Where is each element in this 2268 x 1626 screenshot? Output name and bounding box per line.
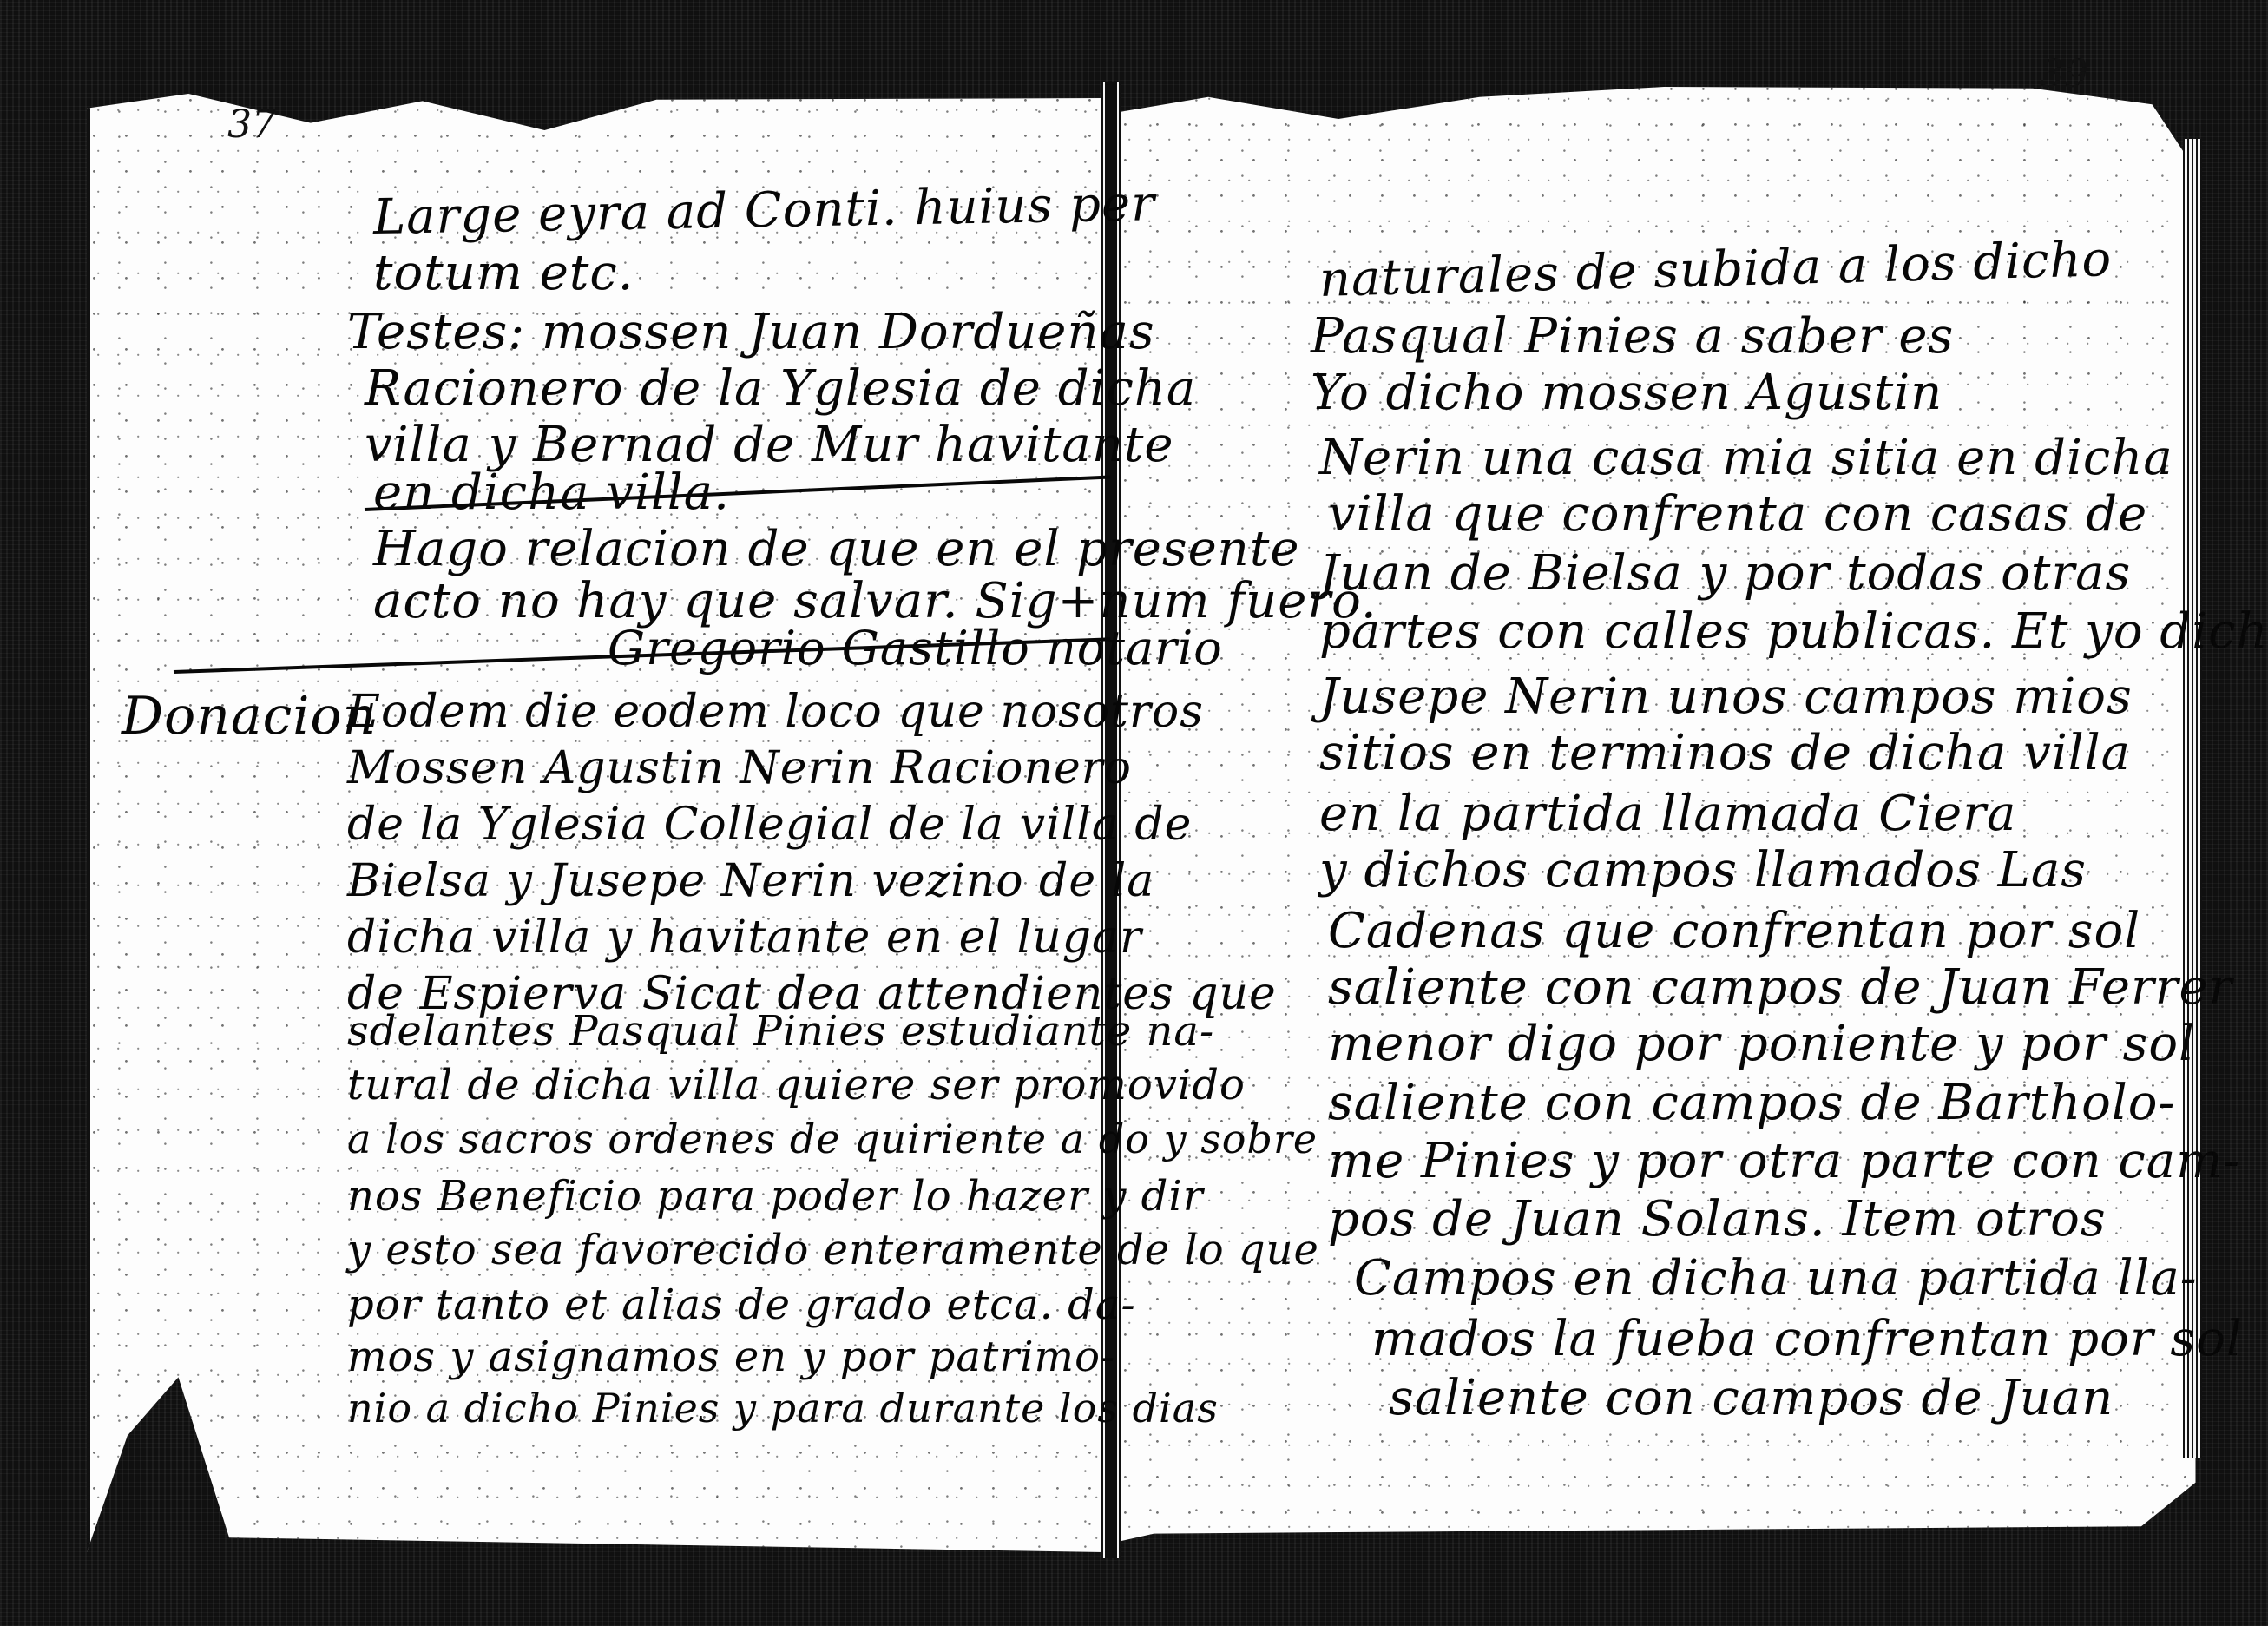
left-line: a los sacros ordenes de quiriente a do y… <box>347 1116 1318 1162</box>
right-line: saliente con campos de Bartholo- <box>1328 1075 2175 1131</box>
left-line: de la Yglesia Collegial de la villa de <box>347 799 1192 851</box>
right-line: villa que confrenta con casas de <box>1328 486 2147 543</box>
left-line: sdelantes Pasqual Pinies estudiante na- <box>347 1007 1214 1056</box>
left-page-number: 37 <box>227 102 276 147</box>
right-line: Nerin una casa mia sitia en dicha <box>1319 430 2173 486</box>
right-line: Cadenas que confrentan por sol <box>1328 903 2140 959</box>
notary-signature: Gregorio Gastillo notario <box>608 621 1223 675</box>
left-line: dicha villa y havitante en el lugar <box>347 912 1142 964</box>
right-line: Pasqual Pinies a saber es <box>1311 308 1954 365</box>
right-line: y dichos campos llamados Las <box>1319 842 2087 899</box>
left-line: mos y asignamos en y por patrimo- <box>347 1333 1115 1381</box>
right-line: mados la fueba confrentan por sol <box>1371 1311 2243 1367</box>
margin-note-donacion: Donacion <box>122 686 377 747</box>
right-line: en la partida llamada Ciera <box>1319 786 2016 842</box>
right-line: saliente con campos de Juan Ferrer <box>1328 959 2232 1016</box>
left-line: totum etc. <box>373 245 634 301</box>
left-line: Eodem die eodem loco que nosotros <box>347 686 1204 738</box>
left-line: nio a dicho Pinies y para durante los di… <box>347 1385 1219 1432</box>
left-line: Mossen Agustin Nerin Racionero <box>347 742 1132 794</box>
right-line: sitios en terminos de dicha villa <box>1319 725 2131 781</box>
right-line: menor digo por poniente y por sol <box>1328 1016 2195 1072</box>
left-line: Racionero de la Yglesia de dicha <box>365 360 1196 417</box>
right-line: pos de Juan Solans. Item otros <box>1328 1191 2107 1247</box>
right-line: partes con calles publicas. Et yo dicho <box>1319 603 2268 660</box>
left-line: Testes: mossen Juan Dordueñas <box>347 304 1155 360</box>
right-line: Yo dicho mossen Agustin <box>1311 365 1943 421</box>
right-line: Campos en dicha una partida lla- <box>1354 1250 2198 1307</box>
left-line: tural de dicha villa quiere ser promovid… <box>347 1061 1246 1109</box>
left-line: y esto sea favorecido enteramente de lo … <box>347 1226 1319 1274</box>
right-line: me Pinies y por otra parte con cam- <box>1328 1133 2240 1189</box>
left-line: Hago relacion de que en el presente <box>373 521 1300 577</box>
left-line: nos Beneficio para poder lo hazer y dir <box>347 1172 1204 1221</box>
right-line: Juan de Bielsa y por todas otras <box>1319 545 2131 602</box>
right-page-number: 39 <box>2040 52 2088 96</box>
right-line: Jusepe Nerin unos campos mios <box>1319 668 2133 725</box>
left-line: Bielsa y Jusepe Nerin vezino de la <box>347 855 1154 907</box>
left-line: por tanto et alias de grado etca. da- <box>347 1280 1136 1329</box>
left-line: en dicha villa. <box>373 464 730 521</box>
right-line: saliente con campos de Juan <box>1389 1370 2114 1426</box>
